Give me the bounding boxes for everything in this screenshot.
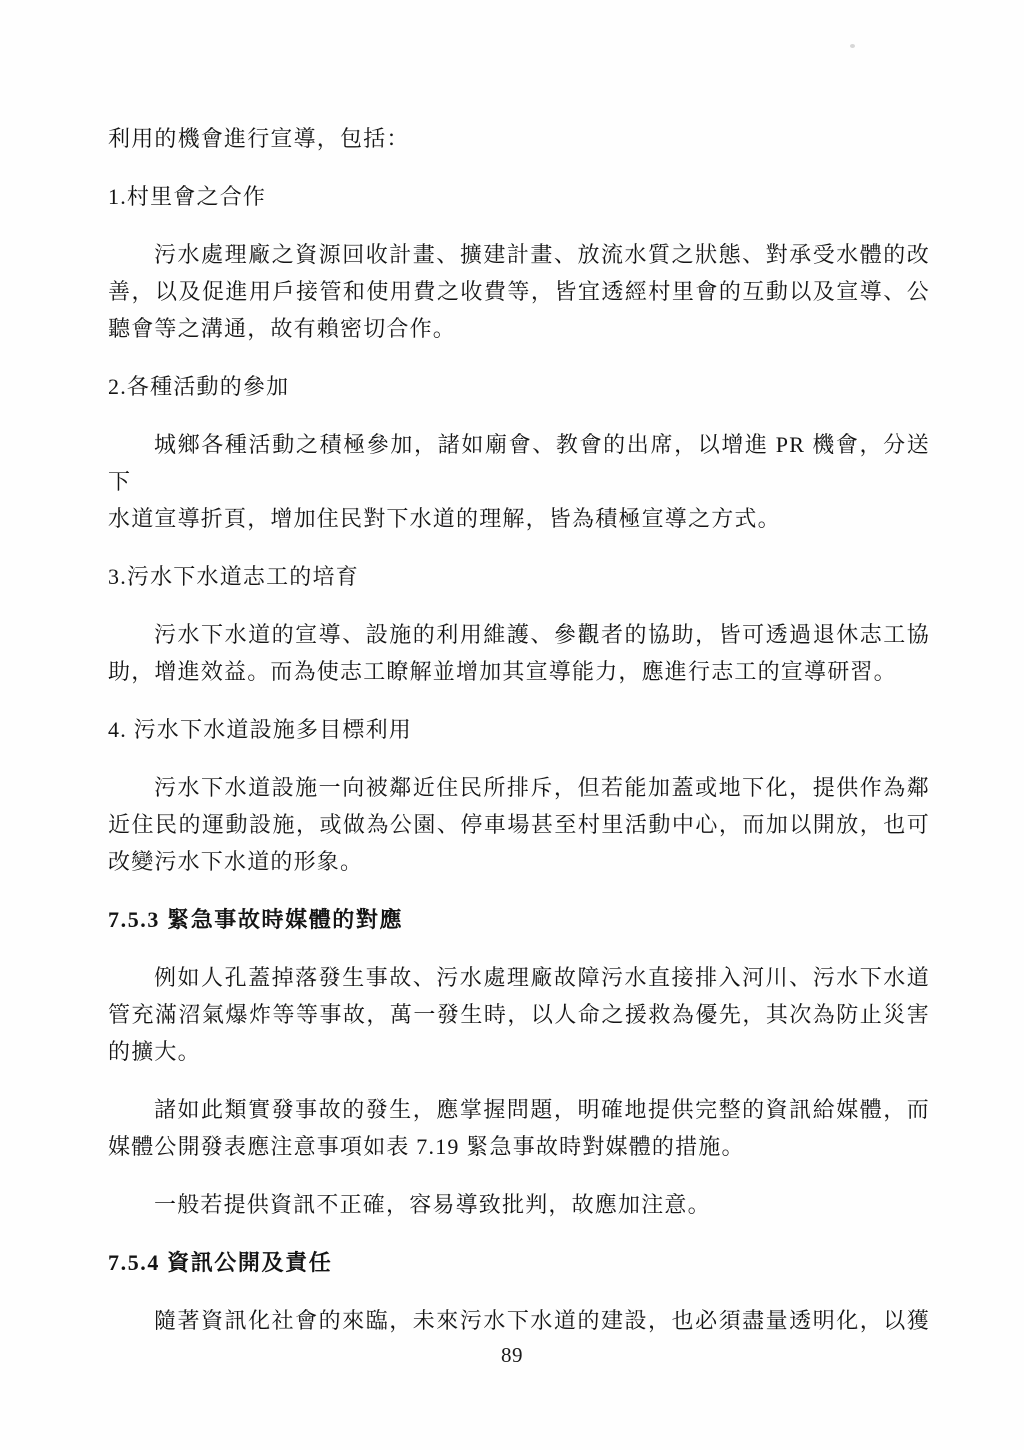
text-line: 近住民的運動設施，或做為公園、停車場甚至村里活動中心，而加以開放，也可 [108,806,930,843]
list-item-heading: 4. 污水下水道設施多目標利用 [108,711,930,748]
paragraph: 隨著資訊化社會的來臨，未來污水下水道的建設，也必須盡量透明化，以獲 [108,1302,930,1339]
text-line: 隨著資訊化社會的來臨，未來污水下水道的建設，也必須盡量透明化，以獲 [108,1302,930,1339]
section-heading: 7.5.3 緊急事故時媒體的對應 [108,901,930,938]
text-line: 污水下水道設施一向被鄰近住民所排斥，但若能加蓋或地下化，提供作為鄰 [108,769,930,806]
text-line: 污水處理廠之資源回收計畫、擴建計畫、放流水質之狀態、對承受水體的改 [108,236,930,273]
text-line: 的擴大。 [108,1033,930,1070]
paragraph: 污水下水道設施一向被鄰近住民所排斥，但若能加蓋或地下化，提供作為鄰近住民的運動設… [108,769,930,880]
paragraph: 污水下水道的宣導、設施的利用維護、參觀者的協助，皆可透過退休志工協助，增進效益。… [108,616,930,690]
text-line: 聽會等之溝通，故有賴密切合作。 [108,310,930,347]
document-page: 利用的機會進行宣導，包括：1.村里會之合作污水處理廠之資源回收計畫、擴建計畫、放… [0,0,1024,1450]
paragraph: 諸如此類實發事故的發生，應掌握問題，明確地提供完整的資訊給媒體，而媒體公開發表應… [108,1091,930,1165]
continuation-line: 利用的機會進行宣導，包括： [108,120,930,157]
text-line: 諸如此類實發事故的發生，應掌握問題，明確地提供完整的資訊給媒體，而 [108,1091,930,1128]
paragraph: 例如人孔蓋掉落發生事故、污水處理廠故障污水直接排入河川、污水下水道管充滿沼氣爆炸… [108,959,930,1070]
text-line: 城鄉各種活動之積極參加，諸如廟會、教會的出席，以增進 PR 機會，分送下 [108,426,930,500]
paragraph: 污水處理廠之資源回收計畫、擴建計畫、放流水質之狀態、對承受水體的改善，以及促進用… [108,236,930,347]
text-line: 例如人孔蓋掉落發生事故、污水處理廠故障污水直接排入河川、污水下水道 [108,959,930,996]
text-line: 管充滿沼氣爆炸等等事故，萬一發生時，以人命之援救為優先，其次為防止災害 [108,996,930,1033]
section-heading: 7.5.4 資訊公開及責任 [108,1244,930,1281]
text-line: 7.5.4 資訊公開及責任 [108,1244,930,1281]
list-item-heading: 3.污水下水道志工的培育 [108,558,930,595]
scan-artifact [850,44,855,48]
text-line: 改變污水下水道的形象。 [108,843,930,880]
list-item-heading: 2.各種活動的參加 [108,368,930,405]
text-line: 3.污水下水道志工的培育 [108,558,930,595]
text-line: 7.5.3 緊急事故時媒體的對應 [108,901,930,938]
text-line: 4. 污水下水道設施多目標利用 [108,711,930,748]
list-item-heading: 1.村里會之合作 [108,178,930,215]
text-line: 媒體公開發表應注意事項如表 7.19 緊急事故時對媒體的措施。 [108,1128,930,1165]
text-line: 一般若提供資訊不正確，容易導致批判，故應加注意。 [108,1186,930,1223]
text-line: 善，以及促進用戶接管和使用費之收費等，皆宜透經村里會的互動以及宣導、公 [108,273,930,310]
page-number: 89 [0,1341,1024,1369]
text-line: 1.村里會之合作 [108,178,930,215]
text-line: 助，增進效益。而為使志工瞭解並增加其宣導能力，應進行志工的宣導研習。 [108,653,930,690]
text-line: 2.各種活動的參加 [108,368,930,405]
text-line: 水道宣導折頁，增加住民對下水道的理解，皆為積極宣導之方式。 [108,500,930,537]
document-body: 利用的機會進行宣導，包括：1.村里會之合作污水處理廠之資源回收計畫、擴建計畫、放… [0,0,1024,1339]
text-line: 利用的機會進行宣導，包括： [108,120,930,157]
paragraph: 一般若提供資訊不正確，容易導致批判，故應加注意。 [108,1186,930,1223]
paragraph: 城鄉各種活動之積極參加，諸如廟會、教會的出席，以增進 PR 機會，分送下水道宣導… [108,426,930,537]
text-line: 污水下水道的宣導、設施的利用維護、參觀者的協助，皆可透過退休志工協 [108,616,930,653]
